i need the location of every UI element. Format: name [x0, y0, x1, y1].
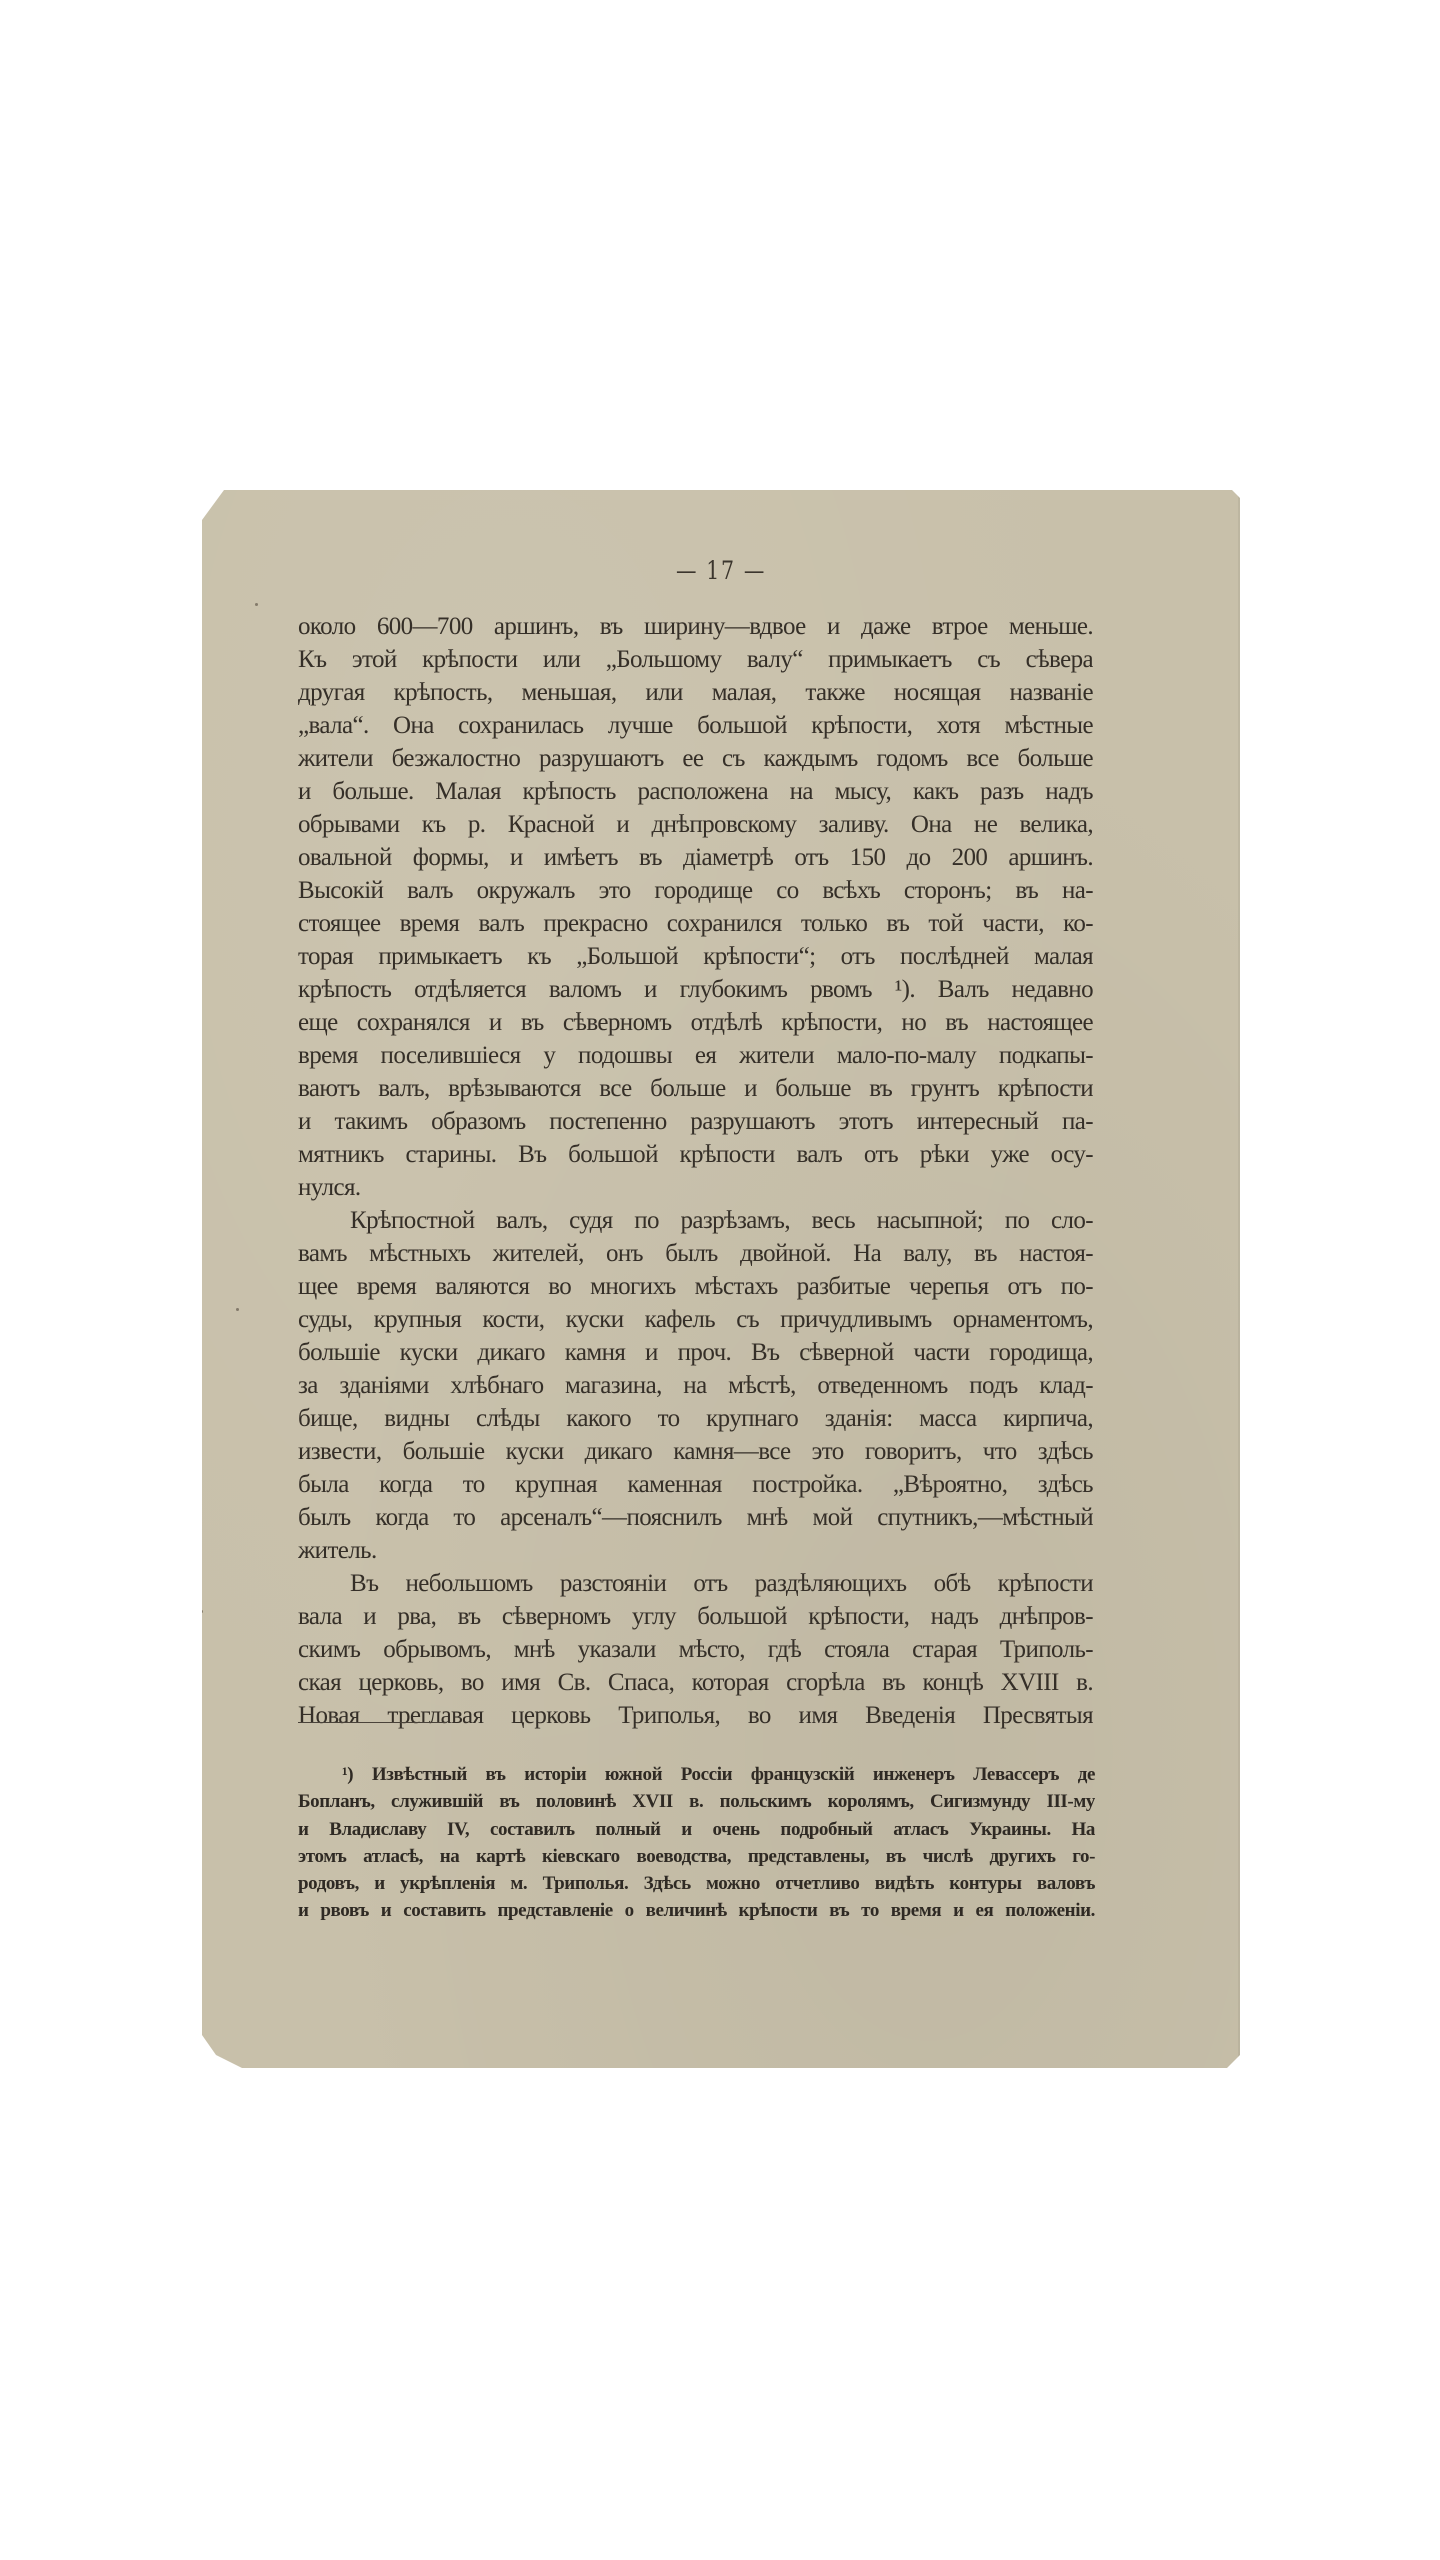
body-text: около 600—700 аршинъ, въ ширину—вдвое и …: [298, 610, 1093, 1732]
text-line: другая крѣпость, меньшая, или малая, так…: [298, 676, 1093, 709]
line-text: время поселившіеся у подошвы ея жители м…: [298, 1039, 1093, 1072]
book-page: — 17 — около 600—700 аршинъ, въ ширину—в…: [202, 490, 1240, 2068]
line-text: мятникъ старины. Въ большой крѣпости вал…: [298, 1138, 1093, 1171]
line-text: извести, большіе куски дикаго камня—все …: [298, 1435, 1093, 1468]
text-line: Высокій валъ окружалъ это городище со вс…: [298, 874, 1093, 907]
footnote-line: и Владиславу IV, составилъ полный и очен…: [298, 1816, 1095, 1843]
line-text: былъ когда то арсеналъ“—пояснилъ мнѣ мой…: [298, 1501, 1093, 1534]
text-line: Къ этой крѣпости или „Большому валу“ при…: [298, 643, 1093, 676]
line-text: была когда то крупная каменная постройка…: [298, 1468, 1093, 1501]
line-text: другая крѣпость, меньшая, или малая, так…: [298, 676, 1093, 709]
line-text: этомъ атласѣ, на картѣ кіевскаго воеводс…: [298, 1843, 1095, 1870]
line-text: ская церковь, во имя Св. Спаса, которая …: [298, 1666, 1093, 1699]
line-text: овальной формы, и имѣетъ въ діаметрѣ отъ…: [298, 841, 1093, 874]
text-line: былъ когда то арсеналъ“—пояснилъ мнѣ мой…: [298, 1501, 1093, 1534]
text-line: ваютъ валъ, врѣзываются все больше и бол…: [298, 1072, 1093, 1105]
text-line: и больше. Малая крѣпость расположена на …: [298, 775, 1093, 808]
text-line: Въ небольшомъ разстояніи отъ раздѣляющих…: [298, 1567, 1093, 1600]
text-line: овальной формы, и имѣетъ въ діаметрѣ отъ…: [298, 841, 1093, 874]
line-text: около 600—700 аршинъ, въ ширину—вдвое и …: [298, 610, 1093, 643]
text-line: щее время валяются во многихъ мѣстахъ ра…: [298, 1270, 1093, 1303]
line-text: и такимъ образомъ постепенно разрушаютъ …: [298, 1105, 1093, 1138]
line-text: жители безжалостно разрушаютъ ее съ кажд…: [298, 742, 1093, 775]
line-text: за зданіями хлѣбнаго магазина, на мѣстѣ,…: [298, 1369, 1093, 1402]
line-text: суды, крупныя кости, куски кафель съ при…: [298, 1303, 1093, 1336]
paper-speck: [255, 603, 258, 606]
text-line: торая примыкаетъ къ „Большой крѣпости“; …: [298, 940, 1093, 973]
paper-speck: [200, 1610, 203, 1613]
footnote-line: Бопланъ, служившій въ половинѣ XVII в. п…: [298, 1788, 1095, 1815]
text-line: крѣпость отдѣляется валомъ и глубокимъ р…: [298, 973, 1093, 1006]
text-line: житель.: [298, 1534, 1093, 1567]
line-text: Высокій валъ окружалъ это городище со вс…: [298, 874, 1093, 907]
line-text: Бопланъ, служившій въ половинѣ XVII в. п…: [298, 1788, 1095, 1815]
line-text: ¹) Извѣстный въ исторіи южной Россіи фра…: [298, 1761, 1095, 1788]
text-line: нулся.: [298, 1171, 1093, 1204]
text-line: бище, видны слѣды какого то крупнаго зда…: [298, 1402, 1093, 1435]
line-text: торая примыкаетъ къ „Большой крѣпости“; …: [298, 940, 1093, 973]
line-text: нулся.: [298, 1171, 361, 1204]
text-line: извести, большіе куски дикаго камня—все …: [298, 1435, 1093, 1468]
text-line: суды, крупныя кости, куски кафель съ при…: [298, 1303, 1093, 1336]
text-line: за зданіями хлѣбнаго магазина, на мѣстѣ,…: [298, 1369, 1093, 1402]
line-text: ваютъ валъ, врѣзываются все больше и бол…: [298, 1072, 1093, 1105]
text-line: ская церковь, во имя Св. Спаса, которая …: [298, 1666, 1093, 1699]
line-text: Въ небольшомъ разстояніи отъ раздѣляющих…: [298, 1567, 1093, 1600]
line-text: щее время валяются во многихъ мѣстахъ ра…: [298, 1270, 1093, 1303]
text-line: была когда то крупная каменная постройка…: [298, 1468, 1093, 1501]
text-line: вамъ мѣстныхъ жителей, онъ былъ двойной.…: [298, 1237, 1093, 1270]
text-line: большіе куски дикаго камня и проч. Въ сѣ…: [298, 1336, 1093, 1369]
line-text: обрывами къ р. Красной и днѣпровскому за…: [298, 808, 1093, 841]
line-text: и рвовъ и составить представленіе о вели…: [298, 1897, 1095, 1924]
line-text: скимъ обрывомъ, мнѣ указали мѣсто, гдѣ с…: [298, 1633, 1093, 1666]
footnote-line: родовъ, и укрѣпленія м. Триполья. Здѣсь …: [298, 1870, 1095, 1897]
line-text: Крѣпостной валъ, судя по разрѣзамъ, весь…: [298, 1204, 1093, 1237]
text-line: и такимъ образомъ постепенно разрушаютъ …: [298, 1105, 1093, 1138]
text-line: „вала“. Она сохранилась лучше большой кр…: [298, 709, 1093, 742]
line-text: „вала“. Она сохранилась лучше большой кр…: [298, 709, 1093, 742]
line-text: и больше. Малая крѣпость расположена на …: [298, 775, 1093, 808]
line-text: родовъ, и укрѣпленія м. Триполья. Здѣсь …: [298, 1870, 1095, 1897]
text-line: жители безжалостно разрушаютъ ее съ кажд…: [298, 742, 1093, 775]
line-text: вамъ мѣстныхъ жителей, онъ былъ двойной.…: [298, 1237, 1093, 1270]
line-text: еще сохранялся и въ сѣверномъ отдѣлѣ крѣ…: [298, 1006, 1093, 1039]
line-text: и Владиславу IV, составилъ полный и очен…: [298, 1816, 1095, 1843]
text-line: обрывами къ р. Красной и днѣпровскому за…: [298, 808, 1093, 841]
line-text: вала и рва, въ сѣверномъ углу большой кр…: [298, 1600, 1093, 1633]
text-line: около 600—700 аршинъ, въ ширину—вдвое и …: [298, 610, 1093, 643]
text-line: еще сохранялся и въ сѣверномъ отдѣлѣ крѣ…: [298, 1006, 1093, 1039]
footnote-line: ¹) Извѣстный въ исторіи южной Россіи фра…: [298, 1761, 1095, 1788]
paper-speck: [236, 1308, 239, 1311]
line-text: житель.: [298, 1534, 377, 1567]
line-text: Къ этой крѣпости или „Большому валу“ при…: [298, 643, 1093, 676]
line-text: крѣпость отдѣляется валомъ и глубокимъ р…: [298, 973, 1093, 1006]
text-line: стоящее время валъ прекрасно сохранился …: [298, 907, 1093, 940]
page-number: — 17 —: [295, 556, 1146, 585]
text-line: вала и рва, въ сѣверномъ углу большой кр…: [298, 1600, 1093, 1633]
footnote-separator: [298, 1722, 446, 1723]
line-text: Новая треглавая церковь Триполья, во имя…: [298, 1699, 1093, 1732]
text-line: Новая треглавая церковь Триполья, во имя…: [298, 1699, 1093, 1732]
text-line: скимъ обрывомъ, мнѣ указали мѣсто, гдѣ с…: [298, 1633, 1093, 1666]
footnote-line: и рвовъ и составить представленіе о вели…: [298, 1897, 1095, 1924]
line-text: большіе куски дикаго камня и проч. Въ сѣ…: [298, 1336, 1093, 1369]
line-text: стоящее время валъ прекрасно сохранился …: [298, 907, 1093, 940]
text-line: мятникъ старины. Въ большой крѣпости вал…: [298, 1138, 1093, 1171]
footnote-line: этомъ атласѣ, на картѣ кіевскаго воеводс…: [298, 1843, 1095, 1870]
line-text: бище, видны слѣды какого то крупнаго зда…: [298, 1402, 1093, 1435]
text-line: время поселившіеся у подошвы ея жители м…: [298, 1039, 1093, 1072]
footnote: ¹) Извѣстный въ исторіи южной Россіи фра…: [298, 1761, 1095, 1925]
text-line: Крѣпостной валъ, судя по разрѣзамъ, весь…: [298, 1204, 1093, 1237]
